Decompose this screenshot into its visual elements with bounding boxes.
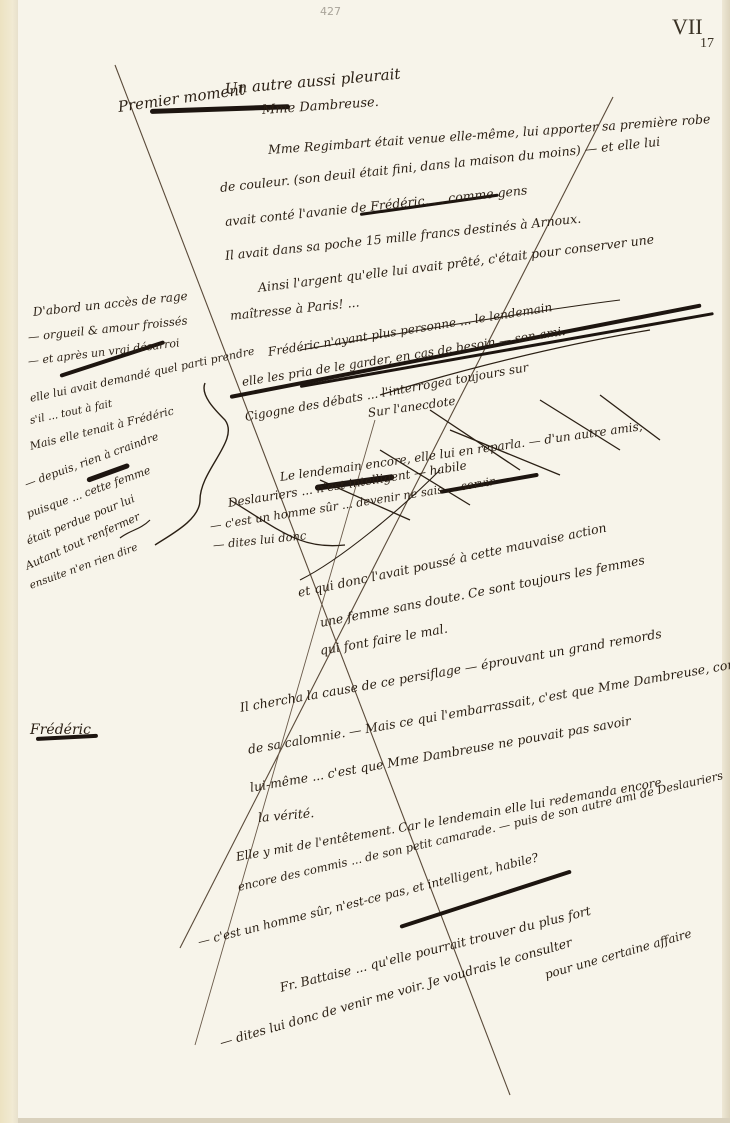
margin-struck-word: Frédéric — [30, 722, 91, 738]
